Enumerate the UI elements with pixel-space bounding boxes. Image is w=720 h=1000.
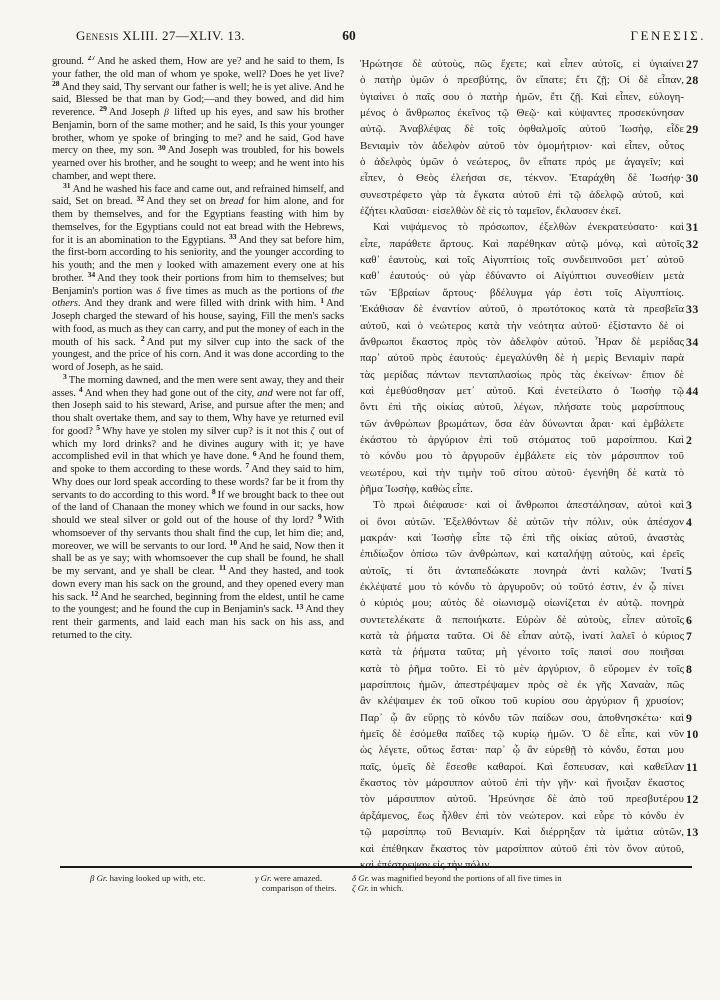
verse-number-superscript: 4 [79,385,83,394]
marginal-verse-number: 3 [686,497,714,513]
greek-line-text: Ἠρώτησε δὲ αὐτοὺς, πῶς ἔχετε; καὶ εἶπεν … [360,58,684,70]
greek-line-text: κατὰ τὸ ῥῆμα τοῦτο. Εἰ τὸ μὲν ἀργύριον, … [360,663,684,675]
greek-text-line: οἱ ὄνοι αὐτῶν. Ἐξελθόντων δὲ αὐτῶν τὴν π… [360,514,684,530]
verse-number-superscript: 8 [212,487,216,496]
verse-number-superscript: 31 [63,181,71,190]
marginal-verse-number: 31 [686,219,714,235]
greek-text-line: μακράν· καὶ Ἰωσὴφ εἶπε τῷ ἐπὶ τῆς οἰκίας… [360,530,684,546]
marginal-verse-number: 12 [686,791,714,807]
verse-number-superscript: 9 [318,512,322,521]
greek-text-line: Ἠρώτησε δὲ αὐτοὺς, πῶς ἔχετε; καὶ εἶπεν … [360,56,684,72]
marginal-verse-number: 10 [686,726,714,742]
marginal-verse-number: 5 [686,563,714,579]
text-run: five times as much as the portions of [162,286,332,297]
footnote-text: having looked up with, etc. [110,873,206,883]
text-run: Why have ye stolen my silver cup? is it … [102,426,310,437]
greek-line-text: ὁ πατὴρ ὑμῶν ὁ πρεσβύτης, ὃν εἴπατε; ἔτι… [360,74,684,86]
greek-line-text: ἐκλέψατέ μου τὸ κόνδυ τὸ ἀργυροῦν; οὐ το… [360,581,684,593]
marginal-verse-number: 30 [686,170,714,186]
greek-line-text: τῷ μαρσίππῳ τοῦ Βενιαμίν. Καὶ διέρρηξαν … [360,826,684,838]
greek-line-text: μένος ὁ ἄνθρωπος ἐκεῖνος τῷ Θεῷ· καὶ κύψ… [360,107,684,119]
footnote-text: in which. [371,883,404,893]
text-columns: ground. 27And he asked them, How are ye?… [52,56,684,874]
greek-text-line: αὐτοῖς, τί ὅτι ἀνταπεδώκατε πονηρὰ ἀντὶ … [360,563,684,579]
verse-number-superscript: 1 [320,296,324,305]
greek-text-line: Παρ᾽ ᾧ ἂν εὕρῃς τὸ κόνδυ τῶν παίδων σου,… [360,710,684,726]
greek-text-line: κατὰ τὸ ῥῆμα τοῦτο. Εἰ τὸ μὲν ἀργύριον, … [360,661,684,677]
greek-text-line: ὑγιαίνει ὁ παῖς σου ὁ πατὴρ ἡμῶν, ἔτι ζῇ… [360,89,684,105]
marginal-verse-number: 2 [686,432,714,448]
text-run: And he asked them, How are ye? and he sa… [52,56,344,80]
marginal-verse-number: 4 [686,514,714,530]
verse-number-superscript: 10 [230,538,238,547]
greek-text-line: ἑκάστου τὸ ἀργύριον ἐπὶ τοῦ στόματος τοῦ… [360,432,684,448]
greek-text-line: ἐπιδίωξον ὀπίσω τῶν ἀνθρώπων, καὶ καταλή… [360,546,684,562]
greek-septuagint-column: Ἠρώτησε δὲ αὐτοὺς, πῶς ἔχετε; καὶ εἶπεν … [360,56,684,874]
greek-line-text: τῶν ἀνθρώπων βρωμάτων, ὅσα ἐὰν δύνωνται … [360,418,684,430]
page-number: 60 [52,28,646,44]
greek-text-line: παῖς, ὑμεῖς δὲ ἔσεσθε καθαροί. Καὶ ἔσπευ… [360,759,684,775]
greek-line-text: καθ᾽ ἑαυτούς· οὐ γὰρ ἐδύναντο οἱ Αἰγύπτι… [360,270,684,282]
marginal-verse-number: 28 [686,72,714,88]
footnote-marker-label: δ Gr. [352,873,369,883]
verse-number-superscript: 5 [96,423,100,432]
greek-text-line: ἐζήτει κλαῦσαι· εἰσελθὼν δὲ εἰς τὸ ταμεῖ… [360,203,684,219]
greek-text-line: μαρσίπποις ἡμῶν, ἀπεστρέψαμεν πρὸς σὲ ἐκ… [360,677,684,693]
greek-line-text: κατὰ τὰ ῥήματα ταῦτα. Οἱ δὲ εἶπαν αὐτῷ, … [360,630,684,642]
greek-line-text: αὐτοῖς, τί ὅτι ἀνταπεδώκατε πονηρὰ ἀντὶ … [360,565,684,577]
greek-text-line: ἂν κλέψαιμεν ἐκ τοῦ οἴκου τοῦ κυρίου σου… [360,693,684,709]
greek-text-line: κατὰ τὰ ῥήματα ταῦτα; μὴ γένοιτο τοῖς πα… [360,644,684,660]
greek-line-text: ὄντι ἐπὶ τῆς οἰκίας αὐτοῦ, λέγων, πλήσατ… [360,401,684,413]
verse-number-superscript: 7 [245,461,249,470]
greek-text-line: ὁ ἀδελφὸς ὑμῶν ὁ νεώτερος, ὃν εἴπατε πρό… [360,154,684,170]
greek-text-line: συνεστρέφετο γὰρ τὰ ἔγκατα αὐτοῦ ἐπὶ τῷ … [360,187,684,203]
greek-line-text: Βενιαμὶν τὸν ἀδελφὸν αὐτοῦ τὸν ὁμομήτριο… [360,140,684,152]
marginal-verse-number: 34 [686,334,714,350]
marginal-verse-number: 33 [686,301,714,317]
marginal-verse-number: 27 [686,56,714,72]
greek-line-text: παρ᾽ αὐτοῦ πρὸς ἑαυτούς· ἐμεγαλύνθη δὲ ἡ… [360,352,684,364]
greek-text-line: ἐκλέψατέ μου τὸ κόνδυ τὸ ἀργυροῦν; οὐ το… [360,579,684,595]
book-page-scan: Genesis XLIII. 27—XLIV. 13. 60 ΓΕΝΕΣΙΣ. … [0,0,720,1000]
greek-line-text: ἐζήτει κλαῦσαι· εἰσελθὼν δὲ εἰς τὸ ταμεῖ… [360,205,621,217]
greek-text-line: μένος ὁ ἄνθρωπος ἐκεῖνος τῷ Θεῷ· καὶ κύψ… [360,105,684,121]
greek-text-line: αὐτῷ. Ἀναβλέψας δὲ τοῖς ὀφθαλμοῖς αὐτοῦ … [360,121,684,137]
verse-number-superscript: 2 [141,334,145,343]
greek-line-text: ἡμεῖς δὲ ἐσόμεθα παῖδες τῷ κυρίῳ ἡμῶν. Ὁ… [360,728,684,740]
greek-text-line: καὶ ἐπέθηκαν ἕκαστος τὸν μαρσίππον αὐτοῦ… [360,841,684,857]
greek-text-line: τῶν ἀνθρώπων βρωμάτων, ὅσα ἐὰν δύνωνται … [360,416,684,432]
greek-line-text: κατὰ τὰ ῥήματα ταῦτα; μὴ γένοιτο τοῖς πα… [360,646,684,658]
greek-line-text: αὐτῷ. Ἀναβλέψας δὲ τοῖς ὀφθαλμοῖς αὐτοῦ … [360,123,684,135]
greek-line-text: ὑγιαίνει ὁ παῖς σου ὁ πατὴρ ἡμῶν, ἔτι ζῇ… [360,91,684,103]
greek-line-text: ἕκαστος τὸν μάρσιππον αὐτοῦ ἐπὶ τὴν γῆν·… [360,777,684,789]
text-run: ground. [52,56,88,67]
greek-text-line: ῥῆμα Ἰωσὴφ, καθὼς εἶπε. [360,481,684,497]
greek-text-line: συντετελέκατε ἃ πεποιήκατε. Εὑρὼν δὲ αὐτ… [360,612,684,628]
footnotes-section: β Gr.having looked up with, etc.γ Gr.wer… [52,866,708,906]
greek-text-line: ἡμεῖς δὲ ἐσόμεθα παῖδες τῷ κυρίῳ ἡμῶν. Ὁ… [360,726,684,742]
footnote-marker: β [164,108,169,118]
footnote-marker-label: β Gr. [90,873,108,883]
greek-line-text: Τὸ πρωὶ διέφαυσε· καὶ οἱ ἄνθρωποι ἀπεστά… [373,499,684,511]
greek-text-line: εἶπε, παράθετε ἄρτους. Καὶ παρέθηκαν αὐτ… [360,236,684,252]
greek-text-line: εἶπεν, ὁ Θεὸς ἐλεήσαι σε, τέκνον. Ἐταράχ… [360,170,684,186]
greek-text-line: τὸ κόνδυ μου τὸ ἀργυροῦν ἐμβάλετε εἰς τὸ… [360,448,684,464]
greek-text-line: ἄνθρωποι ἕκαστος πρὸς τὸν ἀδελφὸν αὐτοῦ.… [360,334,684,350]
footnote-text: was magnified beyond the portions of all… [371,873,561,883]
greek-line-text: καθ᾽ ἑαυτοὺς, καὶ τοῖς Αἰγυπτίοις τοῖς σ… [360,254,684,266]
greek-text-line: ὡς λέγετε, οὕτως ἔσται· παρ᾽ ᾧ ἂν εὑρεθῇ… [360,742,684,758]
column-gutter [344,56,360,874]
verse-number-superscript: 32 [137,194,145,203]
greek-text-line: καὶ ἐμεθύσθησαν μετ᾽ αὐτοῦ. Καὶ ἐνετείλα… [360,383,684,399]
greek-text-line: ὁ πατὴρ ὑμῶν ὁ πρεσβύτης, ὃν εἴπατε; ἔτι… [360,72,684,88]
footnote-marker-label: γ Gr. [255,873,272,883]
greek-line-text: μαρσίπποις ἡμῶν, ἀπεστρέψαμεν πρὸς σὲ ἐκ… [360,679,684,691]
greek-text-line: τὰς μερίδας πάντων πενταπλασίως πρὸς τὰς… [360,367,684,383]
greek-text-line: παρ᾽ αὐτοῦ πρὸς ἑαυτούς· ἐμεγαλύνθη δὲ ἡ… [360,350,684,366]
text-run: And they set on [146,196,220,207]
greek-line-text: Ἐκάθισαν δὲ ἐναντίον αὐτοῦ, ὁ πρωτότοκος… [360,303,684,315]
greek-text-line: ὁ κύριός μου; αὐτὸς δὲ οἰωνισμῷ οἰωνίζετ… [360,595,684,611]
greek-text-line: ἕκαστος τὸν μάρσιππον αὐτοῦ ἐπὶ τὴν γῆν·… [360,775,684,791]
text-run: . And they drank and were filled with dr… [78,298,320,309]
italic-text-run: and [257,388,273,399]
marginal-verse-number: 9 [686,710,714,726]
english-paragraph: 3The morning dawned, and the men were se… [52,375,344,643]
footnote-marker: δ [156,287,160,297]
greek-text-line: τῷ μαρσίππῳ τοῦ Βενιαμίν. Καὶ διέρρηξαν … [360,824,684,840]
greek-line-text: συντετελέκατε ἃ πεποιήκατε. Εὑρὼν δὲ αὐτ… [360,614,684,626]
footnote-marker: ζ [311,427,315,437]
greek-line-text: εἶπε, παράθετε ἄρτους. Καὶ παρέθηκαν αὐτ… [360,238,684,250]
greek-text-line: Βενιαμὶν τὸν ἀδελφὸν αὐτοῦ τὸν ὁμομήτριο… [360,138,684,154]
marginal-verse-number: 8 [686,661,714,677]
greek-text-line: νεωτέρου, καὶ τὴν τιμὴν τοῦ σίτου αὐτοῦ·… [360,465,684,481]
footnote: comparison of theirs. [262,883,337,893]
greek-line-text: τὸ κόνδυ μου τὸ ἀργυροῦν ἐμβάλετε εἰς τὸ… [360,450,684,462]
english-translation-column: ground. 27And he asked them, How are ye?… [52,56,344,874]
greek-line-text: τὸν μάρσιππον αὐτοῦ. Ἠρεύνησε δὲ ἀπὸ τοῦ… [360,793,684,805]
greek-line-text: μακράν· καὶ Ἰωσὴφ εἶπε τῷ ἐπὶ τῆς οἰκίας… [360,532,684,544]
greek-line-text: εἶπεν, ὁ Θεὸς ἐλεήσαι σε, τέκνον. Ἐταράχ… [360,172,684,184]
verse-number-superscript: 30 [158,143,166,152]
greek-line-text: παῖς, ὑμεῖς δὲ ἔσεσθε καθαροί. Καὶ ἔσπευ… [360,761,684,773]
greek-line-text: καὶ ἐμεθύσθησαν μετ᾽ αὐτοῦ. Καὶ ἐνετείλα… [360,385,684,397]
running-head-book-title-greek: ΓΕΝΕΣΙΣ. [631,28,707,44]
greek-line-text: ὁ ἀδελφὸς ὑμῶν ὁ νεώτερος, ὃν εἴπατε πρό… [360,156,684,168]
greek-line-text: καὶ ἐπέθηκαν ἕκαστος τὸν μαρσίππον αὐτοῦ… [360,843,684,855]
marginal-verse-number: 11 [686,759,714,775]
greek-line-text: τῶν Ἑβραίων ἄρτους· βδέλυγμα γάρ ἐστι το… [360,287,684,299]
greek-line-text: ἀρξάμενος, ἕως ἦλθεν ἐπὶ τὸν νεώτερον. κ… [360,810,684,822]
greek-text-line: τὸν μάρσιππον αὐτοῦ. Ἠρεύνησε δὲ ἀπὸ τοῦ… [360,791,684,807]
greek-line-text: συνεστρέφετο γὰρ τὰ ἔγκατα αὐτοῦ ἐπὶ τῷ … [360,189,684,201]
greek-line-text: Παρ᾽ ᾧ ἂν εὕρῃς τὸ κόνδυ τῶν παίδων σου,… [360,712,684,724]
greek-text-line: καθ᾽ ἑαυτούς· οὐ γὰρ ἐδύναντο οἱ Αἰγύπτι… [360,268,684,284]
greek-line-text: νεωτέρου, καὶ τὴν τιμὴν τοῦ σίτου αὐτοῦ·… [360,467,684,479]
marginal-verse-number: 6 [686,612,714,628]
footnote: ζ Gr.in which. [352,883,404,893]
footnote-divider-rule [60,866,692,868]
greek-text-line: Ἐκάθισαν δὲ ἐναντίον αὐτοῦ, ὁ πρωτότοκος… [360,301,684,317]
english-paragraph: 31And he washed his face and came out, a… [52,184,344,375]
verse-number-superscript: 6 [253,449,257,458]
verse-number-superscript: 13 [296,602,304,611]
verse-number-superscript: 11 [219,563,226,572]
footnote-text: comparison of theirs. [262,883,337,893]
verse-number-superscript: 29 [99,104,107,113]
footnote-marker: γ [158,261,162,271]
marginal-verse-number: 13 [686,824,714,840]
verse-number-superscript: 28 [52,79,60,88]
marginal-verse-number: 29 [686,121,714,137]
footnote-marker-label: ζ Gr. [352,883,369,893]
greek-line-text: ὡς λέγετε, οὕτως ἔσται· παρ᾽ ᾧ ἂν εὑρεθῇ… [360,744,684,756]
footnote-text: were amazed. [274,873,322,883]
greek-text-line: τῶν Ἑβραίων ἄρτους· βδέλυγμα γάρ ἐστι το… [360,285,684,301]
verse-number-superscript: 27 [88,56,96,62]
marginal-verse-number: 44 [686,383,714,399]
greek-line-text: ὁ κύριός μου; αὐτὸς δὲ οἰωνισμῷ οἰωνίζετ… [360,597,684,609]
greek-text-line: Τὸ πρωὶ διέφαυσε· καὶ οἱ ἄνθρωποι ἀπεστά… [360,497,684,513]
greek-line-text: τὰς μερίδας πάντων πενταπλασίως πρὸς τὰς… [360,369,684,381]
greek-line-text: ἄνθρωποι ἕκαστος πρὸς τὸν ἀδελφὸν αὐτοῦ.… [360,336,684,348]
verse-number-superscript: 33 [229,232,237,241]
footnote: δ Gr.was magnified beyond the portions o… [352,873,562,883]
footnote: γ Gr.were amazed. [255,873,322,883]
greek-text-line: κατὰ τὰ ῥήματα ταῦτα. Οἱ δὲ εἶπαν αὐτῷ, … [360,628,684,644]
greek-text-line: καθ᾽ ἑαυτοὺς, καὶ τοῖς Αἰγυπτίοις τοῖς σ… [360,252,684,268]
greek-text-line: ὄντι ἐπὶ τῆς οἰκίας αὐτοῦ, λέγων, πλήσατ… [360,399,684,415]
text-run: And when they had gone out of the city, [85,388,257,399]
greek-line-text: ἑκάστου τὸ ἀργύριον ἐπὶ τοῦ στόματος τοῦ… [360,434,684,446]
greek-text-line: Καὶ νιψάμενος τὸ πρόσωπον, ἐξελθὼν ἐνεκρ… [360,219,684,235]
greek-line-text: ἂν κλέψαιμεν ἐκ τοῦ οἴκου τοῦ κυρίου σου… [360,695,684,707]
text-run: And Joseph [109,107,164,118]
greek-text-line: αὐτοῦ, καὶ ὁ νεώτερος κατὰ τὴν νεότητα α… [360,318,684,334]
footnote: β Gr.having looked up with, etc. [90,873,205,883]
greek-line-text: ἐπιδίωξον ὀπίσω τῶν ἀνθρώπων, καὶ καταλή… [360,548,684,560]
greek-line-text: οἱ ὄνοι αὐτῶν. Ἐξελθόντων δὲ αὐτῶν τὴν π… [360,516,684,528]
verse-number-superscript: 34 [88,270,96,279]
verse-number-superscript: 3 [63,372,67,381]
greek-text-line: ἀρξάμενος, ἕως ἦλθεν ἐπὶ τὸν νεώτερον. κ… [360,808,684,824]
italic-text-run: bread [220,196,244,207]
marginal-verse-number: 32 [686,236,714,252]
marginal-verse-number: 7 [686,628,714,644]
english-paragraph: ground. 27And he asked them, How are ye?… [52,56,344,184]
greek-line-text: ῥῆμα Ἰωσὴφ, καθὼς εἶπε. [360,483,473,495]
running-header: Genesis XLIII. 27—XLIV. 13. 60 ΓΕΝΕΣΙΣ. [52,28,708,48]
verse-number-superscript: 12 [91,589,99,598]
greek-line-text: αὐτοῦ, καὶ ὁ νεώτερος κατὰ τὴν νεότητα α… [360,320,684,332]
greek-line-text: Καὶ νιψάμενος τὸ πρόσωπον, ἐξελθὼν ἐνεκρ… [373,221,684,233]
